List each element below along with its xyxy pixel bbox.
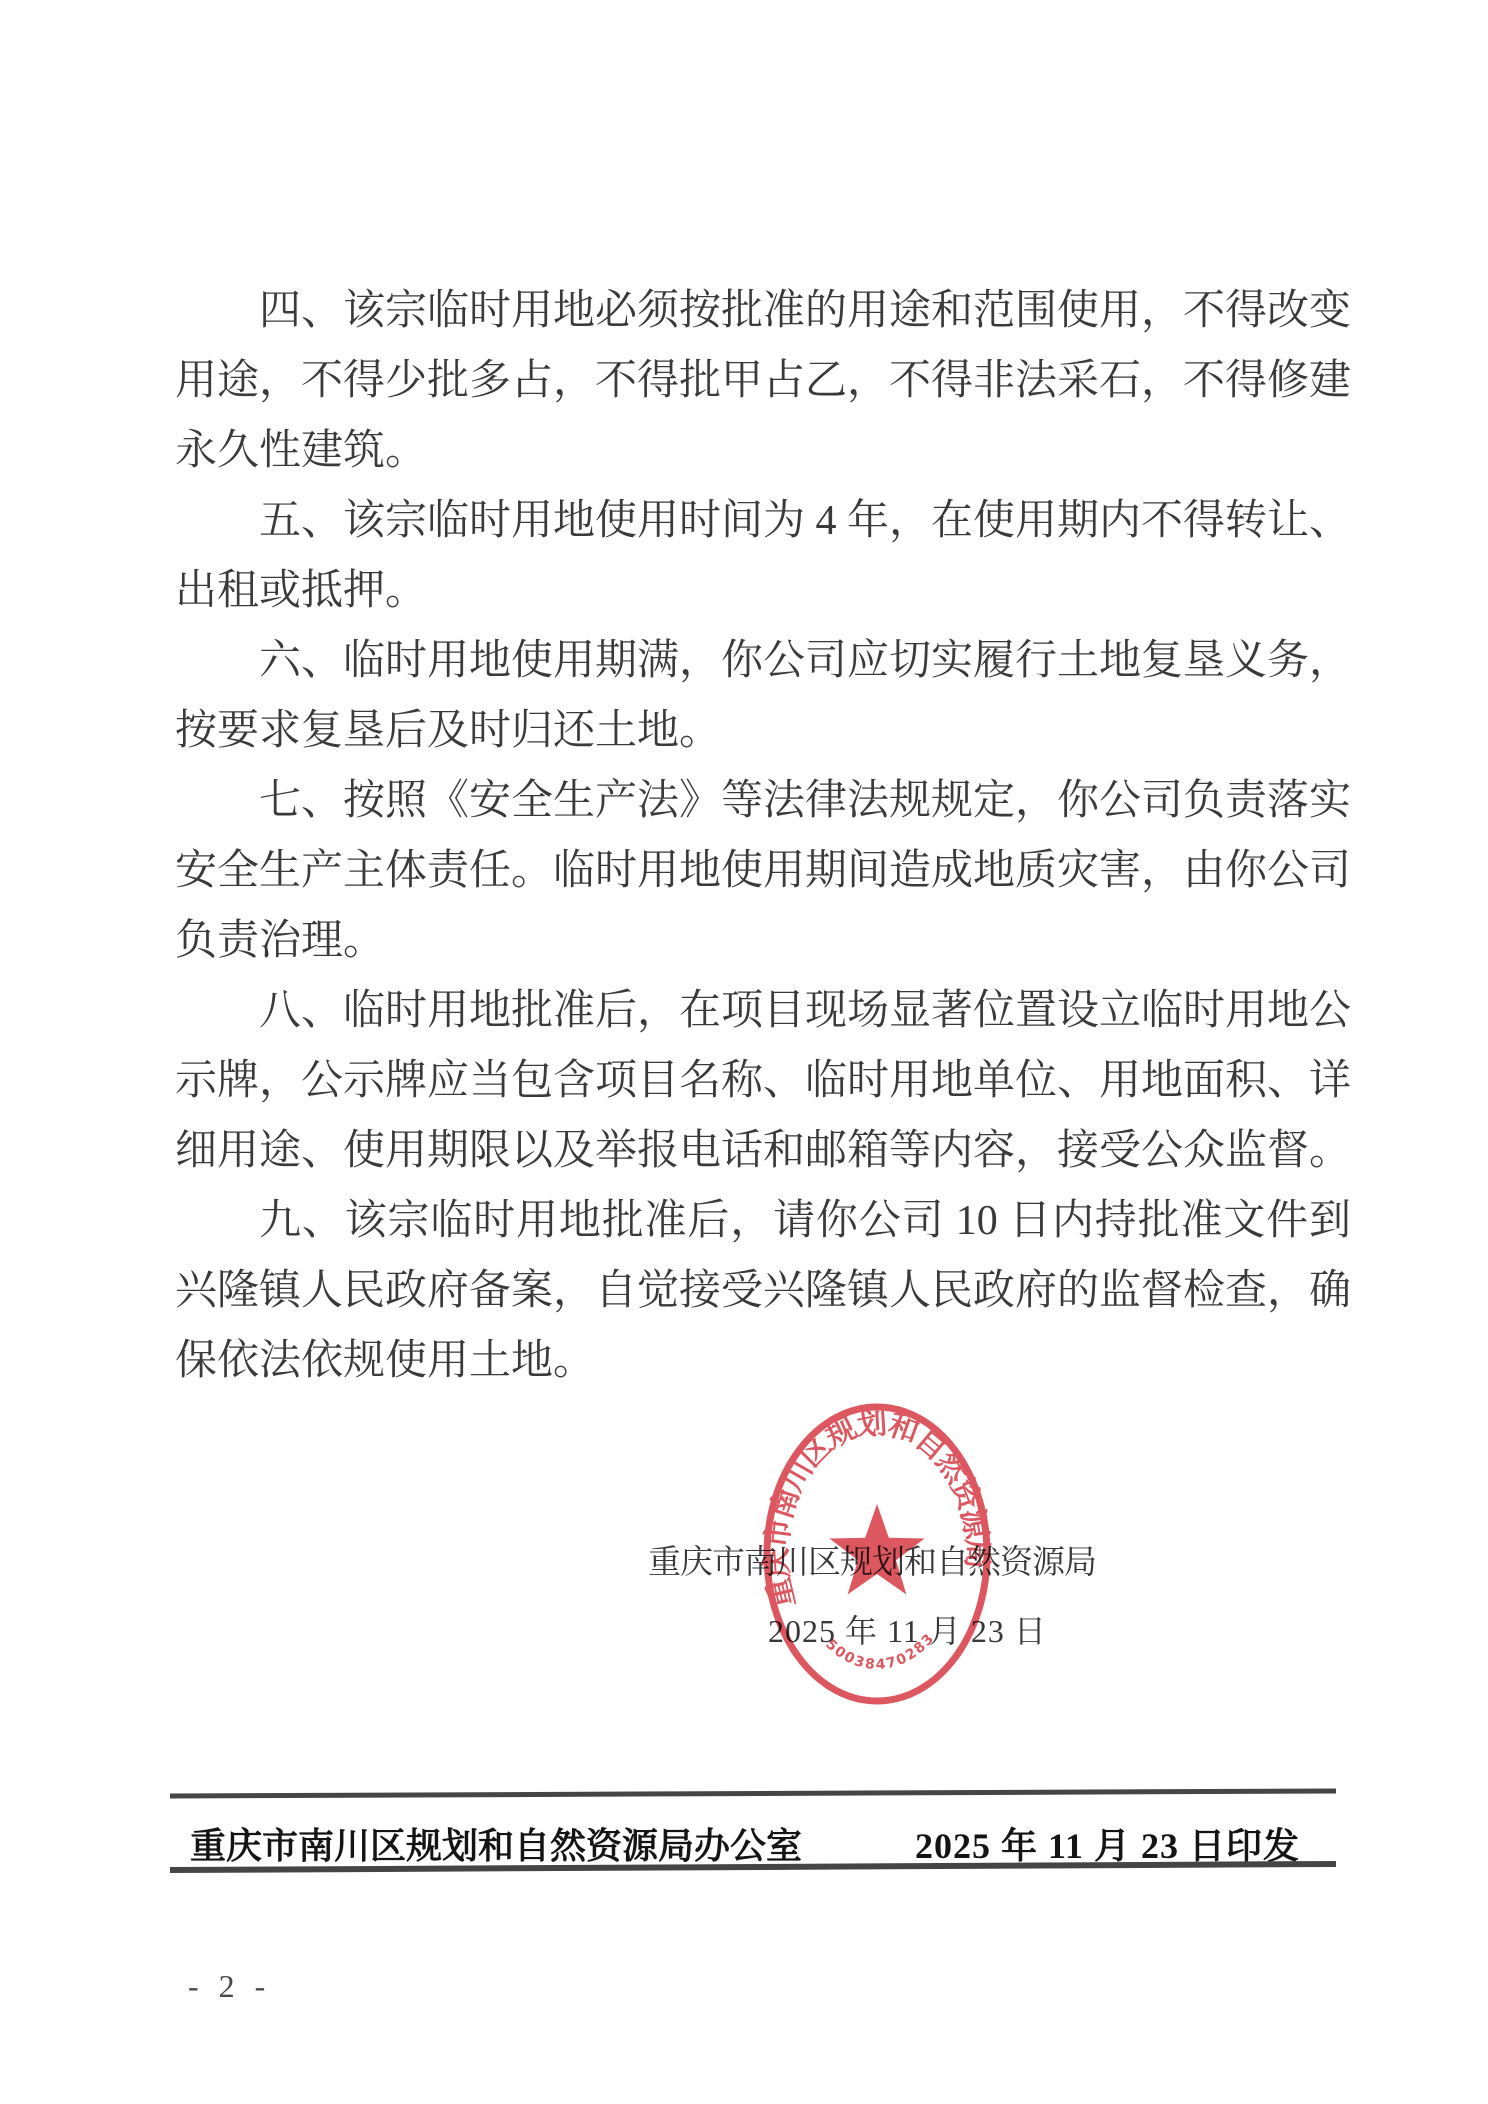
footer-rule-top (170, 1788, 1336, 1798)
official-seal-stamp: 重庆市南川区规划和自然资源局 5003847028323 (732, 1396, 1022, 1716)
footer-office: 重庆市南川区规划和自然资源局办公室 (190, 1818, 802, 1869)
paragraph-item-8: 八、临时用地批准后，在项目现场显著位置设立临时用地公示牌，公示牌应当包含项目名称… (175, 976, 1351, 1186)
paragraph-item-4: 四、该宗临时用地必须按批准的用途和范围使用，不得改变用途，不得少批多占，不得批甲… (175, 276, 1351, 486)
seal-star-icon (829, 1504, 924, 1595)
paragraph-item-5: 五、该宗临时用地使用时间为 4 年，在使用期内不得转让、出租或抵押。 (175, 486, 1351, 626)
document-body: 四、该宗临时用地必须按批准的用途和范围使用，不得改变用途，不得少批多占，不得批甲… (175, 276, 1351, 1396)
paragraph-item-9: 九、该宗临时用地批准后，请你公司 10 日内持批准文件到兴隆镇人民政府备案，自觉… (175, 1186, 1351, 1396)
paragraph-item-6: 六、临时用地使用期满，你公司应切实履行土地复垦义务，按要求复垦后及时归还土地。 (175, 626, 1351, 766)
page-number: - 2 - (188, 1968, 271, 2005)
paragraph-item-7: 七、按照《安全生产法》等法律法规规定，你公司负责落实安全生产主体责任。临时用地使… (175, 766, 1351, 976)
document-page: 四、该宗临时用地必须按批准的用途和范围使用，不得改变用途，不得少批多占，不得批甲… (0, 0, 1488, 2104)
